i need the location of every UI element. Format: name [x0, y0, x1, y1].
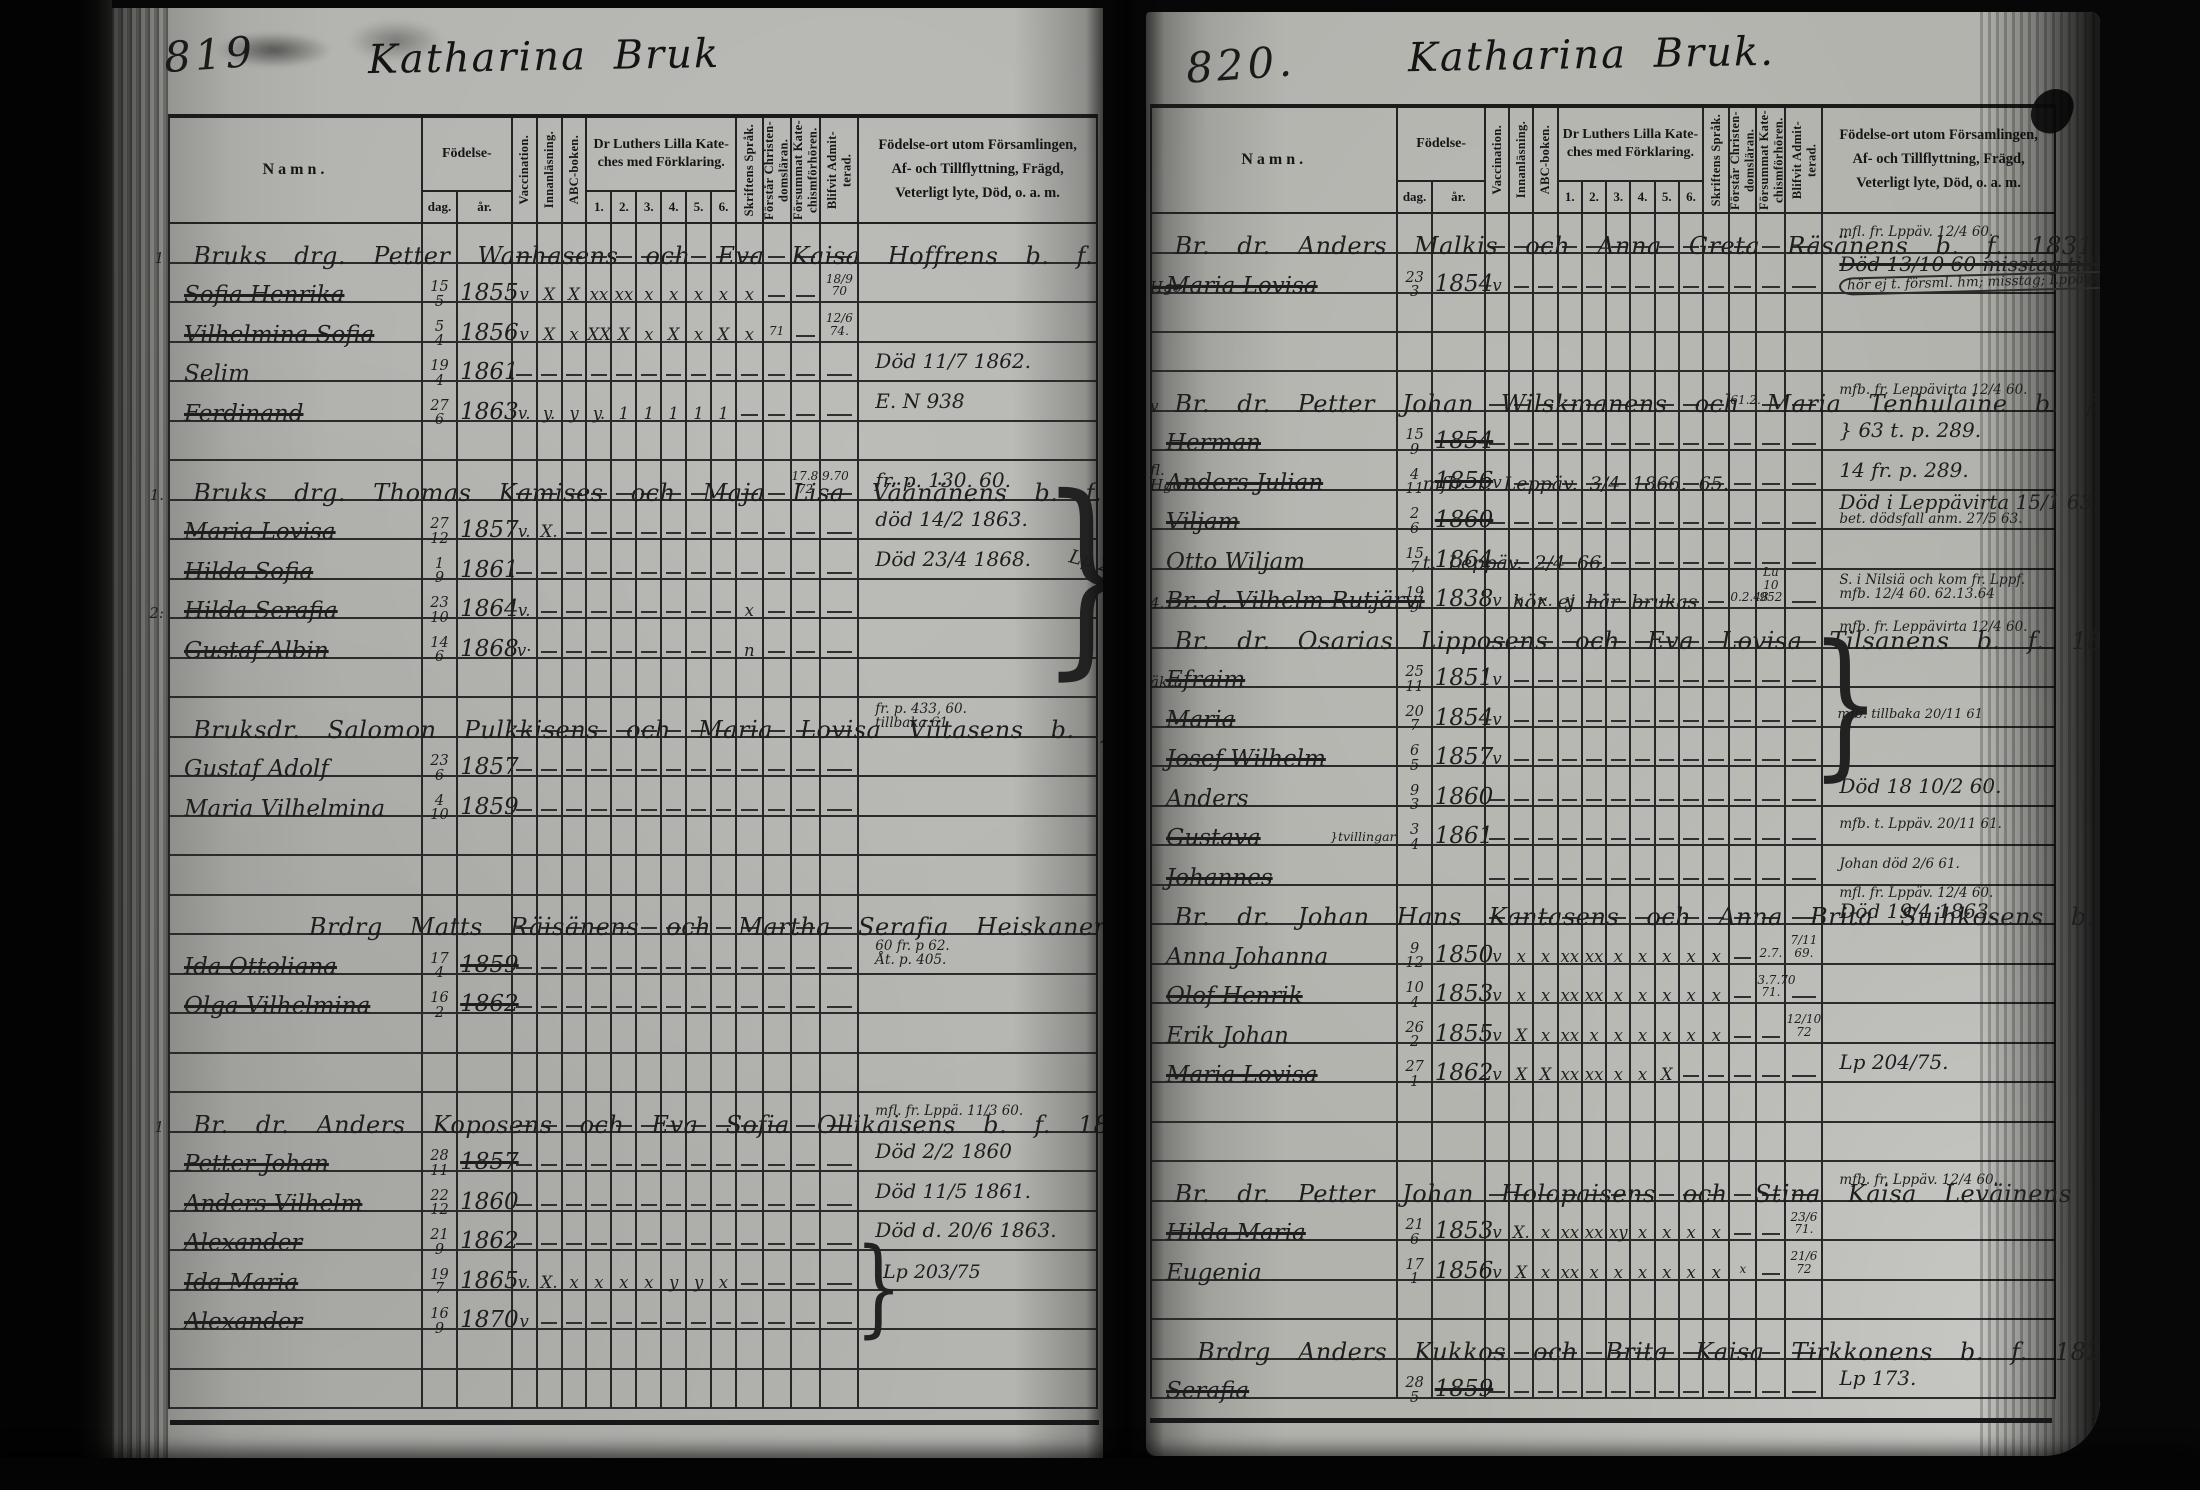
- column-header-forstar: Förstår Christen- domsläran.: [1728, 108, 1755, 212]
- birth-year-cell: [456, 1054, 511, 1094]
- mark-cell-kateches-2: [1581, 728, 1605, 768]
- mark-cell-kateches-4: [1629, 767, 1653, 807]
- column-header-remarks: Födelse-ort utom Församlingen, Af- och T…: [857, 118, 1096, 222]
- column-header-kateches-1: 1.: [585, 190, 610, 222]
- kateches-4-label: 4.: [1638, 189, 1648, 205]
- mark-cell-blifvit-admitterad: [1784, 1281, 1821, 1321]
- mark-cell-kateches-5: [685, 422, 710, 462]
- column-header-innanlasning: Innanläsning.: [536, 118, 561, 222]
- remarks-cell: [857, 975, 1096, 1015]
- birth-day: 21: [1405, 1218, 1423, 1233]
- mark-kateches-3: x: [637, 325, 660, 344]
- mark-cell-blifvit-admitterad: [819, 1251, 857, 1291]
- mark-cell-kateches-3: [1605, 767, 1629, 807]
- mark-cell-vaccination: [1484, 1123, 1508, 1163]
- family-head-text: Br. dr. Anders Koposens och Eva Sofia Ol…: [193, 1111, 1103, 1139]
- birth-day: 15: [430, 280, 448, 295]
- mark-cell-blifvit-admitterad: [1784, 1123, 1821, 1163]
- mark-cell-forsummat: [790, 1370, 820, 1410]
- mark-cell-kateches-3: 1: [635, 382, 660, 422]
- mark-cell-abc-boken: x: [561, 303, 586, 343]
- birth-day-cell: [421, 1370, 456, 1410]
- family-head-text: Br. dr. Osarias Lipposens och Eva Lovisa…: [1175, 627, 2100, 655]
- twins-note: }tvillingar: [1330, 829, 1396, 844]
- mark-cell-vaccination: [1484, 846, 1508, 886]
- birth-year-cell: 1854: [1431, 254, 1484, 294]
- mark-cell-innanlasning: [536, 1054, 561, 1094]
- birth-month: 5: [1410, 1391, 1419, 1406]
- mark-cell-kateches-1: xx: [1557, 965, 1581, 1005]
- mark-cell-kateches-3: [1605, 1281, 1629, 1321]
- mark-cell-kateches-2: [610, 1054, 635, 1094]
- birth-day-month: 233: [1398, 271, 1430, 300]
- remark-line: mfb. t. Lppäv. 20/11 61.: [1839, 818, 2053, 832]
- mark-cell-blifvit-admitterad: [1784, 530, 1821, 570]
- mark-cell-abc-boken: [561, 777, 586, 817]
- person-name: Sofia Henrika: [184, 282, 344, 308]
- birth-year-cell: 1862: [1431, 1044, 1484, 1084]
- remarks-cell: [857, 1014, 1096, 1054]
- margin-note: 2:: [120, 606, 164, 621]
- mark-cell-kateches-2: xx: [1581, 1044, 1605, 1084]
- mark-cell-kateches-1: [585, 1172, 610, 1212]
- mark-cell-skriftens-sprak: [1702, 333, 1728, 373]
- person-row: Ida Maria1971865v.X.xxxxyyx}Lp 203/75: [170, 1251, 1096, 1291]
- mark-cell-skriftens-sprak: [1702, 254, 1728, 294]
- person-name: Johannes: [1166, 865, 1273, 891]
- mark-cell-kateches-1: [1557, 807, 1581, 847]
- dag-label: dag.: [1403, 189, 1426, 205]
- birth-day-month: 912: [1398, 942, 1430, 971]
- mark-cell-kateches-4: [660, 422, 685, 462]
- mark-cell-kateches-1: [585, 817, 610, 857]
- mark-cell-forsummat: [1755, 767, 1784, 807]
- column-header-kateches-1: 1.: [1557, 180, 1581, 212]
- mark-vaccination: v.: [513, 1273, 536, 1292]
- mark-cell-forstar: [762, 1212, 790, 1252]
- mark-cell-kateches-3: [635, 856, 660, 896]
- mark-kateches-3: x: [1607, 1065, 1629, 1084]
- birth-year-cell: 1861: [456, 343, 511, 383]
- mark-cell-kateches-5: [1654, 254, 1678, 294]
- mark-innanlasning: y.: [538, 404, 561, 423]
- mark-cell-innanlasning: [536, 975, 561, 1015]
- birth-year-cell: [456, 1370, 511, 1410]
- mark-cell-forsummat: [1755, 333, 1784, 373]
- name-cell: Ida Maria: [170, 1251, 421, 1291]
- mark-cell-innanlasning: [536, 422, 561, 462]
- mark-vaccination: v: [1486, 591, 1508, 610]
- person-row: Hilda Sofia191861Död 23/4 1868.: [170, 540, 1096, 580]
- name-cell: Anders Vilhelm: [170, 1172, 421, 1212]
- mark-cell-forstar: [762, 975, 790, 1015]
- mark-cell-blifvit-admitterad: [819, 1330, 857, 1370]
- binding-edge-texture: [112, 8, 170, 1462]
- mark-cell-skriftens-sprak: [735, 777, 762, 817]
- person-name: Anna Johanna: [1166, 944, 1328, 970]
- person-name: Maria: [1166, 707, 1235, 733]
- mark-cell-kateches-6: [710, 422, 735, 462]
- mark-cell-kateches-1: [585, 659, 610, 699]
- mark-kateches-6: x: [712, 1273, 735, 1292]
- brace-label: Lp 203/75: [883, 1261, 981, 1283]
- column-header-kateches-4: 4.: [1629, 180, 1653, 212]
- mark-cell-kateches-5: [685, 975, 710, 1015]
- mark-cell-abc-boken: [561, 817, 586, 857]
- mark-cell-skriftens-sprak: x: [1702, 1241, 1728, 1281]
- mark-cell-forstar: [1728, 965, 1755, 1005]
- mark-cell-blifvit-admitterad: 12/10 72: [1784, 1004, 1821, 1044]
- birth-year-cell: 1857: [1431, 728, 1484, 768]
- mark-innanlasning: x: [1510, 986, 1532, 1005]
- mark-cell-kateches-2: [610, 619, 635, 659]
- mark-cell-kateches-6: [710, 1014, 735, 1054]
- family-head-row: mfl. fr. Lppä. 11/3 60.Br. dr. Anders Ko…: [170, 1093, 1096, 1133]
- mark-cell-forstar: [1728, 530, 1755, 570]
- mark-cell-kateches-2: [610, 343, 635, 383]
- remarks-cell: [857, 817, 1096, 857]
- dag-label: dag.: [428, 199, 451, 215]
- mark-cell-skriftens-sprak: [1702, 1281, 1728, 1321]
- mark-cell-kateches-3: x: [635, 303, 660, 343]
- mark-cell-abc-boken: x: [1532, 1241, 1556, 1281]
- margin-note: 1: [120, 251, 164, 266]
- mark-cell-kateches-5: [685, 817, 710, 857]
- remarks-cell: Död 13/10 60 misstag tillh.hör ej t. för…: [1821, 254, 2053, 294]
- mark-cell-kateches-5: [685, 856, 710, 896]
- mark-cell-abc-boken: X: [1532, 1044, 1556, 1084]
- birth-day: 16: [430, 991, 448, 1006]
- mark-cell-kateches-4: [660, 343, 685, 383]
- mark-blifvit-admitterad: 7/11 69.: [1786, 934, 1821, 959]
- birth-year-cell: 1855: [1431, 1004, 1484, 1044]
- family-head-row: mfb. fr. Leppävirta 12/4 60.Br. dr. Osar…: [1152, 609, 2054, 649]
- person-name: Hilda Maria: [1166, 1220, 1306, 1246]
- mark-cell-forstar: [1728, 688, 1755, 728]
- mark-kateches-5: x: [1656, 947, 1678, 966]
- mark-cell-kateches-2: x: [610, 1251, 635, 1291]
- name-cell: Gustava}tvillingar: [1152, 807, 1396, 847]
- mark-cell-kateches-2: [1581, 491, 1605, 531]
- mark-cell-kateches-1: [1557, 1083, 1581, 1123]
- mark-cell-kateches-3: [635, 975, 660, 1015]
- column-header-forstar: Förstår Christen- domsläran.: [762, 118, 790, 222]
- person-row: Viljam261860Död i Leppävirta 15/1 63bet.…: [1152, 491, 2054, 531]
- family-head-row: fr. p. 433, 60.tillbaka 61.Bruksdr. Salo…: [170, 698, 1096, 738]
- mark-cell-kateches-4: [660, 1291, 685, 1331]
- mark-cell-kateches-6: [1678, 491, 1702, 531]
- mark-cell-kateches-1: [1557, 1123, 1581, 1163]
- mark-cell-kateches-1: [585, 580, 610, 620]
- birth-month: 6: [435, 650, 444, 665]
- mark-innanlasning: X: [538, 325, 561, 344]
- birth-day: 15: [1405, 547, 1423, 562]
- mark-cell-forsummat: [790, 1251, 820, 1291]
- remark-line: Död 11/7 1862.: [875, 351, 1096, 371]
- mark-cell-forsummat: [1755, 1123, 1784, 1163]
- mark-cell-kateches-6: [710, 975, 735, 1015]
- mark-kateches-5: x: [1656, 1263, 1678, 1282]
- remark-line: Lp 204/75.: [1839, 1052, 2053, 1072]
- birth-day-month: 219: [423, 1228, 456, 1257]
- mark-cell-forstar: [762, 1014, 790, 1054]
- mark-kateches-2: xx: [1583, 986, 1605, 1005]
- mark-cell-kateches-5: x: [1654, 1241, 1678, 1281]
- mark-kateches-2: x: [612, 1273, 635, 1292]
- column-header-abc-boken: ABC-boken.: [561, 118, 586, 222]
- mark-cell-innanlasning: X: [1508, 1241, 1532, 1281]
- innanlasning-label: Innanläsning.: [1514, 121, 1528, 198]
- mark-cell-forsummat: 3.7.70 71.: [1755, 965, 1784, 1005]
- person-row: Hilda Serafia23101864v.x2:: [170, 580, 1096, 620]
- birth-month: 9: [435, 1243, 444, 1258]
- mark-kateches-6: x: [1680, 1026, 1702, 1045]
- name-cell: [170, 817, 421, 857]
- left-page: 819 Katharina Bruk Namn. Födelse- dag. å…: [112, 8, 1103, 1462]
- name-cell: Viljam: [1152, 491, 1396, 531]
- mark-cell-kateches-1: [585, 540, 610, 580]
- birth-year-cell: [1431, 846, 1484, 886]
- mark-abc-boken: x: [1534, 1263, 1556, 1282]
- remark-line: Död d. 20/6 1863.: [875, 1220, 1096, 1240]
- mark-cell-abc-boken: [1532, 254, 1556, 294]
- mark-blifvit-admitterad: 12/6 74.: [821, 312, 857, 337]
- mark-cell-kateches-3: [635, 1291, 660, 1331]
- mark-cell-forstar: [1728, 1281, 1755, 1321]
- mark-cell-innanlasning: [536, 1212, 561, 1252]
- mark-cell-kateches-2: 1: [610, 382, 635, 422]
- mark-cell-kateches-3: x: [1605, 965, 1629, 1005]
- mark-vaccination: v: [513, 1312, 536, 1331]
- mark-vaccination: v: [1486, 1065, 1508, 1084]
- column-header-kateches-6: 6.: [710, 190, 735, 222]
- mark-cell-abc-boken: [561, 1370, 586, 1410]
- mark-kateches-6: x: [1680, 947, 1702, 966]
- mark-kateches-5: x: [687, 325, 710, 344]
- mark-kateches-1: XX: [587, 325, 610, 344]
- name-cell: [1152, 333, 1396, 373]
- name-cell: [170, 1014, 421, 1054]
- birth-month: 11: [430, 1164, 448, 1179]
- mark-cell-forstar: [762, 343, 790, 383]
- birth-year-cell: 1856: [1431, 1241, 1484, 1281]
- bottom-rule: [170, 1420, 1099, 1425]
- mark-cell-kateches-1: [585, 1370, 610, 1410]
- mark-cell-abc-boken: [561, 1014, 586, 1054]
- mark-cell-innanlasning: [1508, 491, 1532, 531]
- name-cell: Vilhelmina Sofia: [170, 303, 421, 343]
- name-cell: [170, 659, 421, 699]
- fodelse-label: Födelse-: [1416, 136, 1466, 152]
- person-name: Josef Wilhelm: [1166, 746, 1326, 772]
- birth-day-month: 159: [1398, 428, 1430, 457]
- birth-month: 9: [1410, 443, 1419, 458]
- remarks-cell: [857, 777, 1096, 817]
- column-header-abc-boken: ABC-boken.: [1532, 108, 1556, 212]
- mark-cell-abc-boken: [1532, 293, 1556, 333]
- column-header-innanlasning: Innanläsning.: [1508, 108, 1532, 212]
- birth-day: 19: [1405, 586, 1423, 601]
- mark-cell-kateches-3: x: [1605, 1044, 1629, 1084]
- page-title: Katharina Bruk: [368, 31, 721, 83]
- mark-kateches-4: x: [1631, 1026, 1653, 1045]
- mark-kateches-3: x: [1607, 947, 1629, 966]
- birth-year: 1860: [1435, 784, 1494, 810]
- mark-cell-blifvit-admitterad: [819, 975, 857, 1015]
- birth-year-cell: 1862: [456, 975, 511, 1015]
- mark-cell-forsummat: [1755, 807, 1784, 847]
- mark-cell-blifvit-admitterad: [1784, 254, 1821, 294]
- mark-cell-kateches-1: [1557, 767, 1581, 807]
- mark-cell-forstar: [1728, 1044, 1755, 1084]
- column-header-vaccination: Vaccination.: [511, 118, 536, 222]
- person-name: Selim: [184, 361, 250, 387]
- remarks-cell: [857, 303, 1096, 343]
- mark-forstar: x: [1730, 1263, 1755, 1276]
- mark-cell-abc-boken: [561, 422, 586, 462]
- mark-cell-kateches-3: [1605, 807, 1629, 847]
- mark-cell-kateches-3: [1605, 293, 1629, 333]
- mark-cell-kateches-4: [1629, 1281, 1653, 1321]
- birth-year: 1859: [1435, 1376, 1494, 1402]
- birth-month: 3: [1410, 798, 1419, 813]
- person-name: Br. d. Vilhelm Rutjärvi: [1166, 588, 1425, 614]
- person-name: Maria Lovisa: [184, 519, 336, 545]
- mark-cell-skriftens-sprak: [1702, 1083, 1728, 1123]
- birth-year-cell: [456, 659, 511, 699]
- mark-cell-forsummat: [1755, 688, 1784, 728]
- birth-day: 17: [1405, 1258, 1423, 1273]
- mark-cell-kateches-2: [1581, 333, 1605, 373]
- kateches-label: Dr Luthers Lilla Kate- ches med Förklari…: [593, 136, 728, 172]
- mark-cell-abc-boken: [561, 1330, 586, 1370]
- abc-boken-label: ABC-boken.: [1538, 125, 1552, 194]
- name-cell: Otto Wiljam: [1152, 530, 1396, 570]
- mark-kateches-2: X: [612, 325, 635, 344]
- birth-day: 28: [1405, 1376, 1423, 1391]
- birth-day: 10: [1405, 981, 1423, 996]
- mark-abc-boken: X: [563, 285, 586, 304]
- mark-kateches-3: x: [637, 1273, 660, 1292]
- mark-cell-kateches-2: [610, 1370, 635, 1410]
- mark-cell-innanlasning: X: [1508, 1044, 1532, 1084]
- mark-cell-forsummat: [1755, 1241, 1784, 1281]
- birth-year-cell: [1431, 333, 1484, 373]
- mark-cell-kateches-3: [635, 1370, 660, 1410]
- mark-cell-kateches-2: [610, 1291, 635, 1331]
- mark-cell-kateches-2: [1581, 807, 1605, 847]
- mark-cell-skriftens-sprak: [1702, 688, 1728, 728]
- mark-cell-kateches-3: [1605, 846, 1629, 886]
- mark-cell-skriftens-sprak: [1702, 570, 1728, 610]
- mark-cell-skriftens-sprak: [735, 856, 762, 896]
- mark-kateches-6: x: [1680, 1263, 1702, 1282]
- birth-year-cell: [1431, 1083, 1484, 1123]
- mark-cell-kateches-6: [710, 1212, 735, 1252]
- mark-vaccination: v: [1486, 1223, 1508, 1242]
- person-row: Selim1941861Död 11/7 1862.: [170, 343, 1096, 383]
- mark-cell-kateches-6: [1678, 688, 1702, 728]
- name-cell: [170, 1330, 421, 1370]
- book-spine: [0, 0, 112, 1490]
- mark-cell-kateches-3: x: [1605, 1004, 1629, 1044]
- kateches-1-label: 1.: [594, 199, 604, 215]
- skriftens-label: Skriftens Språk.: [742, 124, 756, 216]
- birth-month: 9: [435, 571, 444, 586]
- mark-cell-forstar: [1728, 1004, 1755, 1044]
- birth-month: 2: [1410, 1035, 1419, 1050]
- mark-cell-innanlasning: [536, 1172, 561, 1212]
- remark-line: Död 2/2 1860: [875, 1141, 1096, 1161]
- birth-day: 16: [430, 1307, 448, 1322]
- mark-cell-forstar: [1728, 728, 1755, 768]
- mark-cell-kateches-1: XX: [585, 303, 610, 343]
- mark-kateches-1: xx: [1559, 1065, 1581, 1084]
- birth-year-cell: 1856: [456, 303, 511, 343]
- mark-cell-forsummat: [1755, 1083, 1784, 1123]
- mark-kateches-6: x: [1680, 986, 1702, 1005]
- mark-cell-skriftens-sprak: x: [1702, 965, 1728, 1005]
- mark-cell-forsummat: [790, 856, 820, 896]
- person-row: Anders Julian4111856v14 fr. p. 289.mfb. …: [1152, 451, 2054, 491]
- name-cell: Johannes: [1152, 846, 1396, 886]
- mark-cell-kateches-6: [710, 343, 735, 383]
- mark-cell-forsummat: [790, 303, 820, 343]
- birth-day: 9: [1410, 784, 1419, 799]
- mark-cell-kateches-3: x: [1605, 1241, 1629, 1281]
- mark-forsummat: Lu 10 952: [1757, 566, 1784, 604]
- mark-cell-forsummat: [790, 580, 820, 620]
- mark-kateches-5: x: [1656, 986, 1678, 1005]
- person-row: Josef Wilhelm651857v: [1152, 728, 2054, 768]
- mark-cell-innanlasning: [1508, 1123, 1532, 1163]
- mark-cell-kateches-6: [1678, 1123, 1702, 1163]
- mark-kateches-2: xx: [612, 285, 635, 304]
- column-header-ar: år.: [456, 190, 511, 222]
- mark-cell-forstar: [762, 777, 790, 817]
- mark-vaccination: v.: [513, 522, 536, 541]
- mark-cell-kateches-3: [1605, 254, 1629, 294]
- birth-year: 1855: [1435, 1021, 1494, 1047]
- birth-day-month: 2212: [423, 1189, 456, 1218]
- mark-cell-blifvit-admitterad: [819, 382, 857, 422]
- mark-vaccination: v: [1486, 986, 1508, 1005]
- mark-cell-innanlasning: [1508, 767, 1532, 807]
- birth-day: 27: [430, 399, 448, 414]
- mark-cell-innanlasning: [536, 1014, 561, 1054]
- remarks-cell: E. N 938: [857, 382, 1096, 422]
- remarks-cell: [857, 1370, 1096, 1410]
- person-row: Eugenia1711856vXxxxxxxxxxx21/6 72: [1152, 1241, 2054, 1281]
- person-row: Anders Vilhelm22121860Död 11/5 1861.: [170, 1172, 1096, 1212]
- birth-month: 5: [1410, 759, 1419, 774]
- mark-cell-abc-boken: [1532, 333, 1556, 373]
- birth-day-cell: [1396, 333, 1430, 373]
- mark-cell-kateches-1: xx: [1557, 1004, 1581, 1044]
- mark-cell-kateches-4: [660, 1172, 685, 1212]
- mark-cell-kateches-6: [1678, 333, 1702, 373]
- mark-cell-abc-boken: [1532, 1083, 1556, 1123]
- birth-year: 1857: [460, 1149, 519, 1175]
- birth-month: 6: [435, 413, 444, 428]
- mark-kateches-1: xx: [1559, 947, 1581, 966]
- mark-cell-kateches-5: [1654, 491, 1678, 531]
- person-name: Maria Lovisa: [1166, 1062, 1318, 1088]
- remarks-cell: [857, 856, 1096, 896]
- mark-cell-kateches-2: [610, 1172, 635, 1212]
- mark-skriftens-sprak: x: [737, 601, 762, 620]
- mark-kateches-5: y: [687, 1273, 710, 1292]
